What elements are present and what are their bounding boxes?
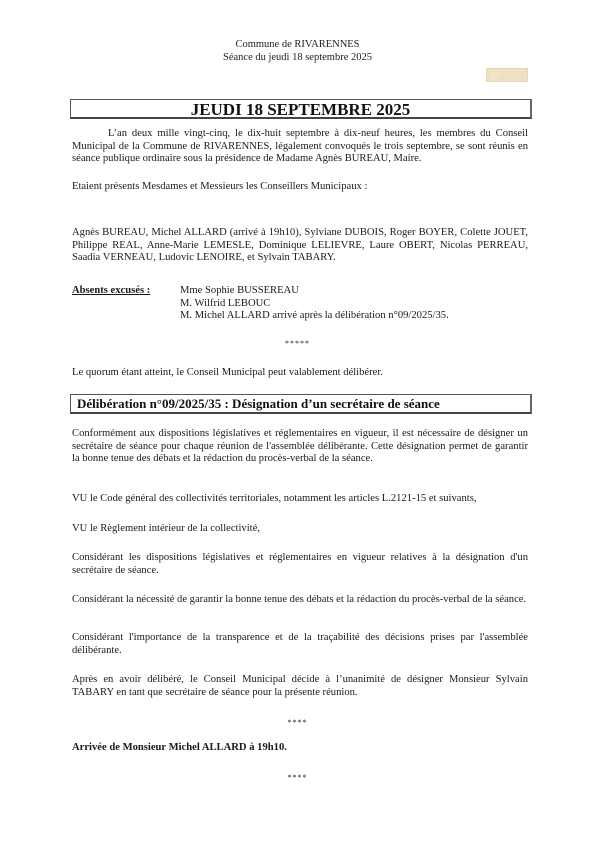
absents-label: Absents excusés : — [72, 285, 150, 298]
quorum-text: Le quorum étant atteint, le Conseil Muni… — [72, 367, 528, 380]
intro-paragraph: L’an deux mille vingt-cinq, le dix-huit … — [72, 128, 528, 166]
absent-item: M. Wilfrid LEBOUC — [180, 298, 449, 311]
presents-label: Etaient présents Mesdames et Messieurs l… — [72, 181, 528, 194]
absent-item: Mme Sophie BUSSEREAU — [180, 285, 449, 298]
deliberation-decision: Après en avoir délibéré, le Conseil Muni… — [72, 674, 528, 699]
separator: **** — [0, 772, 595, 785]
deliberation-paragraph: Considérant l'importance de la transpare… — [72, 632, 528, 657]
deliberation-paragraph: VU le Code général des collectivités ter… — [72, 493, 528, 506]
deliberation-paragraph: Considérant les dispositions législative… — [72, 552, 528, 577]
deliberation-paragraph: VU le Règlement intérieur de la collecti… — [72, 523, 528, 536]
absent-item: M. Michel ALLARD arrivé après la délibér… — [180, 310, 449, 323]
separator: ***** — [0, 338, 595, 351]
page-number-badge: 97 — [486, 68, 528, 82]
page-header: Commune de RIVARENNES Séance du jeudi 18… — [0, 39, 595, 64]
separator: **** — [0, 717, 595, 730]
page-title: JEUDI 18 SEPTEMBRE 2025 — [70, 99, 532, 119]
deliberation-title: Délibération n°09/2025/35 : Désignation … — [70, 394, 532, 414]
absents-list: Mme Sophie BUSSEREAU M. Wilfrid LEBOUC M… — [180, 285, 449, 323]
commune-name: Commune de RIVARENNES — [0, 39, 595, 52]
deliberation-paragraph: Considérant la nécessité de garantir la … — [72, 594, 528, 607]
deliberation-paragraph: Conformément aux dispositions législativ… — [72, 428, 528, 466]
session-date: Séance du jeudi 18 septembre 2025 — [0, 52, 595, 65]
presents-list: Agnès BUREAU, Michel ALLARD (arrivé à 19… — [72, 227, 528, 265]
arrival-note: Arrivée de Monsieur Michel ALLARD à 19h1… — [72, 742, 528, 755]
